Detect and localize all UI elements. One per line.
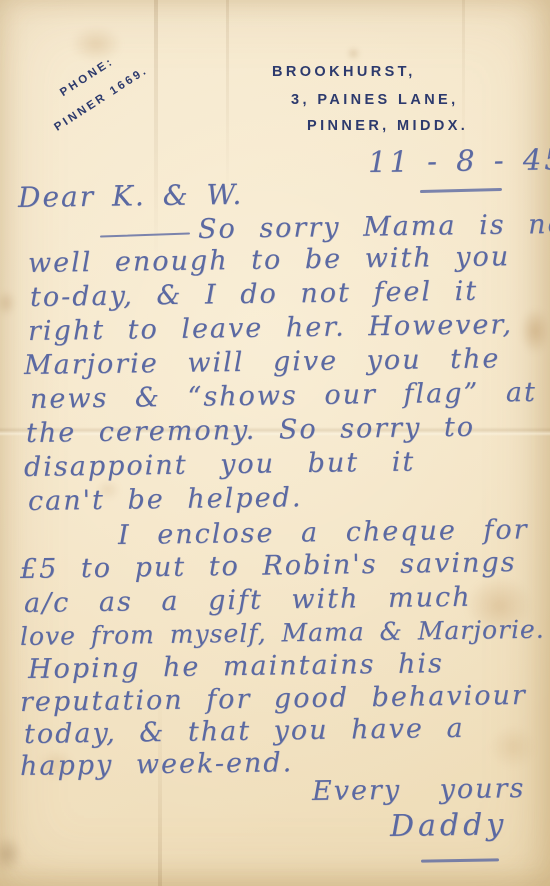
- body-line: happy week-end.: [20, 749, 294, 780]
- body-line: today, & that you have a: [24, 715, 465, 748]
- age-stain: [490, 726, 536, 768]
- age-stain: [0, 836, 22, 872]
- letterhead-address-line: BROOKHURST,: [272, 64, 416, 80]
- vertical-fold-crease: [154, 0, 158, 260]
- age-stain: [0, 290, 16, 316]
- body-line: can't be helped.: [28, 484, 303, 515]
- letterhead-address-line: 3, PAINES LANE,: [291, 92, 459, 108]
- body-line: I enclose a cheque for: [118, 516, 529, 549]
- body-line: to-day, & I do not feel it: [30, 278, 479, 311]
- signature-underline-flourish: [421, 858, 499, 862]
- letterhead-address-line: PINNER, MIDDX.: [307, 118, 468, 134]
- age-stain: [348, 48, 359, 59]
- vertical-fold-crease: [226, 0, 229, 200]
- letter-date: 11 - 8 - 45: [368, 145, 550, 177]
- date-underline-flourish: [420, 188, 502, 193]
- salutation-dash-flourish: [100, 232, 190, 237]
- body-line: love from myself, Mama & Marjorie.: [20, 617, 545, 649]
- body-line: Hoping he maintains his: [28, 650, 444, 683]
- valediction: Every yours: [312, 775, 526, 805]
- body-line: reputation for good behaviour: [20, 682, 527, 716]
- letterhead-phone-block: PHONE: PINNER 1669.: [34, 37, 154, 141]
- body-line: well enough to be with you: [28, 243, 511, 277]
- age-stain: [520, 308, 550, 354]
- body-line: a/c as a gift with much: [24, 584, 472, 617]
- body-line: right to leave her. However,: [28, 311, 513, 345]
- letter-page: PHONE: PINNER 1669. BROOKHURST, 3, PAINE…: [0, 0, 550, 886]
- signature: Daddy: [390, 810, 508, 842]
- body-line: the ceremony. So sorry to: [26, 414, 475, 447]
- salutation: Dear K. & W.: [18, 181, 244, 212]
- body-line: So sorry Mama is not: [198, 211, 550, 243]
- body-line: news & “shows our flag” at: [30, 379, 537, 413]
- body-line: disappoint you but it: [24, 449, 416, 481]
- body-line: Marjorie will give you the: [24, 345, 501, 379]
- body-line: £5 to put to Robin's savings: [20, 549, 517, 583]
